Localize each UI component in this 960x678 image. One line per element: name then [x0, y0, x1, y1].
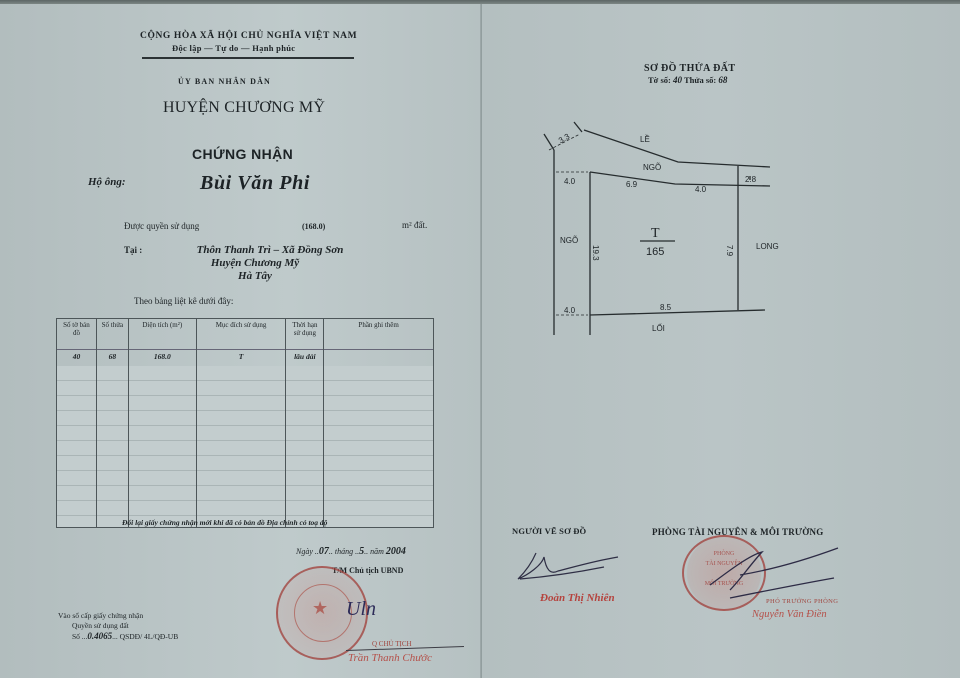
dim-left-side: 19.3 [591, 245, 600, 261]
sheet-number: 40 [673, 75, 682, 85]
dim-bottom-left: 4.0 [564, 306, 576, 315]
chairman-signature: Uln [346, 598, 376, 621]
star-emblem-icon: ★ [312, 598, 328, 619]
cell-term: lâu dài [286, 350, 324, 367]
certificate-title: CHỨNG NHẬN [192, 146, 293, 162]
issue-date: Ngày ..07.. tháng ..5.. năm 2004 [296, 546, 406, 557]
label-top-edge: LỀ [640, 134, 650, 144]
date-month: 5 [359, 546, 364, 557]
col-header-purpose: Mục đích sử dụng [196, 319, 286, 350]
drawer-name: Đoàn Thị Nhiên [540, 592, 615, 604]
address-label: Tại : [124, 245, 142, 255]
country-header: CỘNG HÒA XÃ HỘI CHỦ NGHĨA VIỆT NAM [140, 31, 357, 41]
label-bottom: LỐI [652, 323, 665, 333]
col-header-parcel: Số thửa [96, 319, 128, 350]
registry-code: QSDĐ/ 4L/QĐ-UB [120, 632, 179, 641]
signatory-role: Q CHỦ TỊCH [372, 640, 412, 648]
col-header-notes: Phần ghi thêm [324, 319, 434, 350]
holder-name: Bùi Văn Phi [200, 172, 310, 195]
registry-number: 0.4065 [87, 631, 112, 641]
cell-parcel: 68 [96, 350, 128, 367]
committee-label: ỦY BAN NHÂN DÂN [178, 77, 271, 86]
drawer-signature [514, 545, 624, 585]
table-footnote: Đổi lại giấy chứng nhận mới khi đã có bả… [122, 518, 327, 527]
address-line-1: Thôn Thanh Trì – Xã Đồng Sơn [170, 244, 370, 256]
deputy-signature [700, 540, 840, 605]
cell-map-sheet: 40 [57, 350, 97, 367]
table-blank-rows [57, 366, 434, 528]
header-rule [142, 57, 354, 59]
cell-notes [324, 350, 434, 367]
registry-line-3: Số ...0.4065... QSDĐ/ 4L/QĐ-UB [72, 631, 178, 641]
dim-right-side: 7.9 [725, 245, 734, 257]
registry-line-1: Vào sổ cấp giấy chứng nhận [58, 611, 143, 620]
registry-line-2: Quyền sử dụng đất [72, 621, 129, 630]
dim-right-top: 2.8 [745, 175, 757, 184]
department-label: PHÒNG TÀI NGUYÊN & MÔI TRƯỜNG [652, 527, 823, 537]
plot-diagram-title: SƠ ĐỒ THỬA ĐẤT [644, 63, 735, 74]
holder-label: Hộ ông: [88, 176, 126, 188]
dim-bottom: 8.5 [660, 303, 672, 312]
plot-sketch: 3.3 LỀ NGÕ 4.0 6.9 4.0 2.8 NGÕ 19.3 7.9 … [540, 120, 780, 340]
dim-top-right: 4.0 [695, 185, 707, 194]
date-year: 2004 [386, 546, 406, 557]
use-code: T [651, 226, 660, 241]
col-header-area: Diện tích (m²) [128, 319, 196, 350]
address-line-3: Hà Tây [170, 270, 340, 282]
area-value: (168.0) [302, 222, 325, 231]
area-label: Được quyền sử dụng [124, 221, 199, 231]
motto: Độc lập — Tự do — Hạnh phúc [172, 43, 295, 53]
signatory-name: Trần Thanh Chước [348, 652, 432, 664]
deputy-name: Nguyễn Văn Điền [752, 609, 827, 620]
col-header-map-sheet: Số tờ bản đồ [57, 319, 97, 350]
table-header-row: Số tờ bản đồ Số thửa Diện tích (m²) Mục … [57, 319, 434, 350]
deputy-role: PHÓ TRƯỞNG PHÒNG [766, 598, 838, 605]
cell-area: 168.0 [128, 350, 196, 367]
cell-purpose: T [196, 350, 286, 367]
label-alley-left: NGÕ [560, 236, 578, 245]
list-intro: Theo bảng liệt kê dưới đây: [134, 296, 233, 306]
label-alley-top: NGÕ [643, 163, 661, 172]
dim-corner: 3.3 [557, 132, 572, 146]
land-parcel-table: Số tờ bản đồ Số thửa Diện tích (m²) Mục … [56, 318, 434, 528]
parcel-number: 68 [718, 75, 727, 85]
drawer-label: NGƯỜI VẼ SƠ ĐỒ [512, 526, 586, 536]
district-name: HUYỆN CHƯƠNG MỸ [163, 99, 325, 117]
dim-top-mid: 6.9 [626, 180, 638, 189]
table-row: 40 68 168.0 T lâu dài [57, 350, 434, 367]
plot-identifiers: Tờ số: 40 Thửa số: 68 [648, 75, 727, 85]
plot-area: 165 [646, 246, 664, 258]
date-day: 07 [319, 546, 329, 557]
col-header-term: Thời hạn sử dụng [286, 319, 324, 350]
area-unit: m² đất. [402, 220, 427, 230]
label-right: LONG [756, 242, 779, 251]
address-line-2: Huyện Chương Mỹ [170, 257, 340, 269]
dim-top-left: 4.0 [564, 177, 576, 186]
